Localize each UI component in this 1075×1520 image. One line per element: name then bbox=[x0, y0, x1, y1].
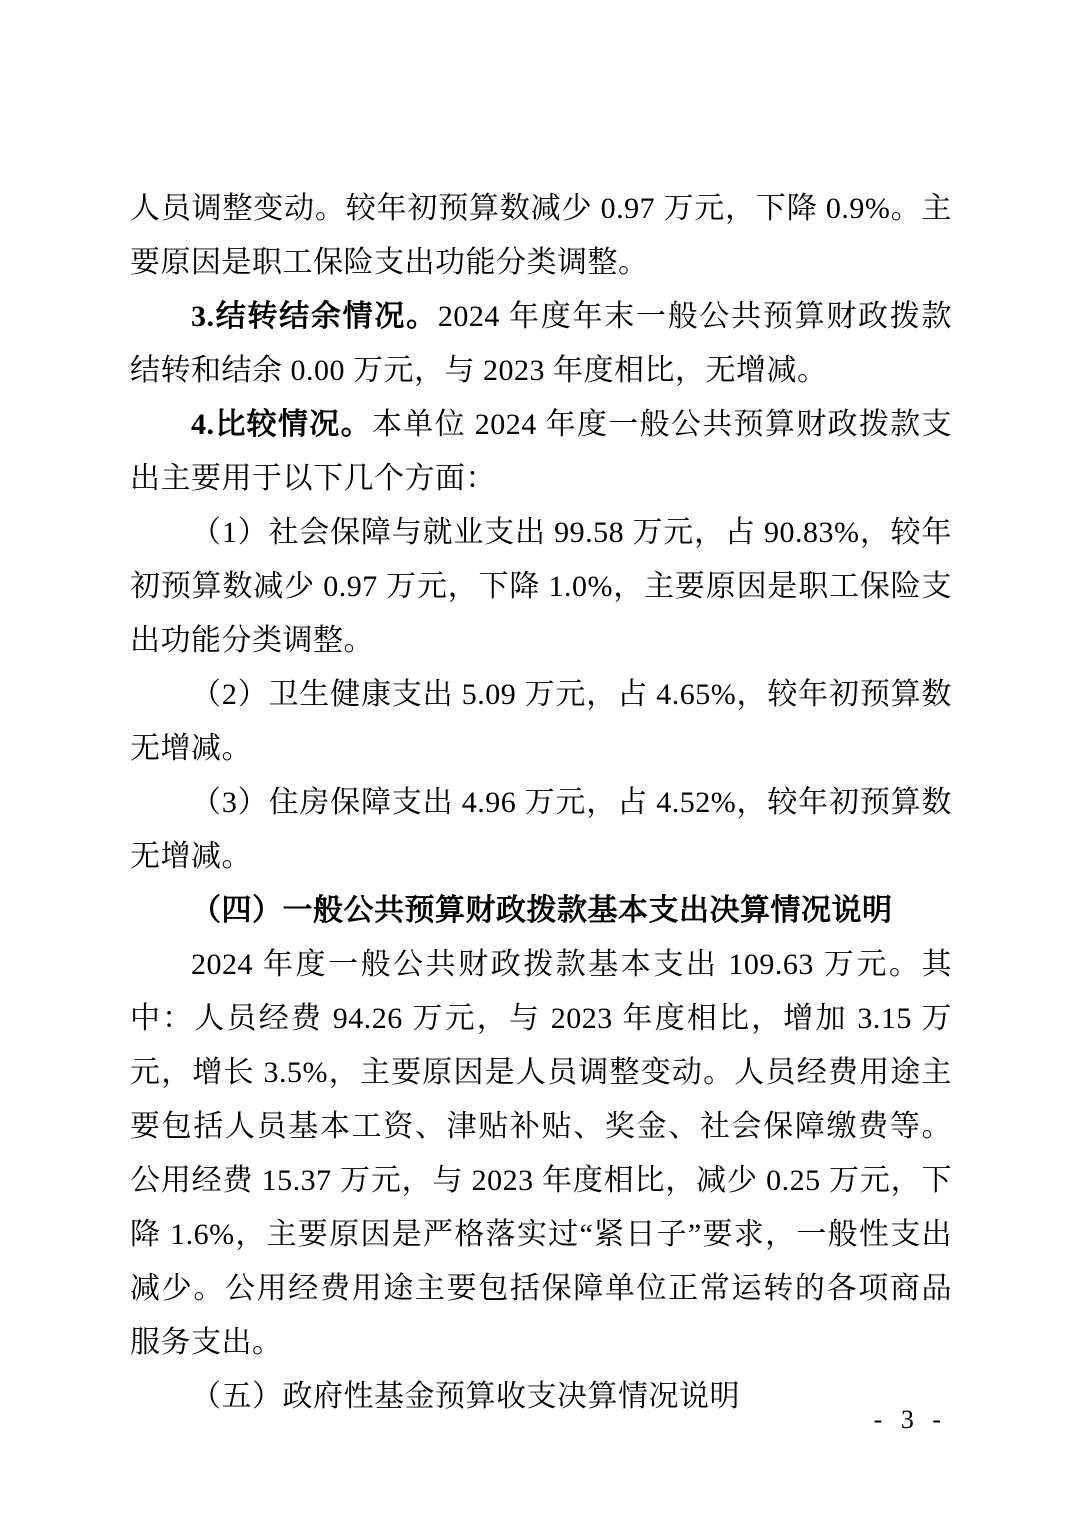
paragraph-run: 2024 年度一般公共财政拨款基本支出 109.63 万元。其中：人员经费 94… bbox=[130, 948, 952, 1359]
document-body: 人员调整变动。较年初预算数减少 0.97 万元，下降 0.9%。主要原因是职工保… bbox=[130, 182, 952, 1424]
paragraph-sub-3-housing: （3）住房保障支出 4.96 万元，占 4.52%，较年初预算数无增减。 bbox=[130, 776, 952, 884]
paragraph-run: 人员调整变动。较年初预算数减少 0.97 万元，下降 0.9%。主要原因是职工保… bbox=[130, 192, 952, 279]
paragraph-carryover-personnel-adjustment: 人员调整变动。较年初预算数减少 0.97 万元，下降 0.9%。主要原因是职工保… bbox=[130, 182, 952, 290]
paragraph-run-bold: （四）一般公共预算财政拨款基本支出决算情况说明 bbox=[191, 894, 893, 927]
paragraph-run: （2）卫生健康支出 5.09 万元，占 4.65%，较年初预算数无增减。 bbox=[130, 678, 952, 765]
paragraph-basic-expenditure-detail: 2024 年度一般公共财政拨款基本支出 109.63 万元。其中：人员经费 94… bbox=[130, 938, 952, 1370]
heading-section-4-basic-expenditure: （四）一般公共预算财政拨款基本支出决算情况说明 bbox=[130, 884, 952, 938]
paragraph-run: （3）住房保障支出 4.96 万元，占 4.52%，较年初预算数无增减。 bbox=[130, 786, 952, 873]
paragraph-run: （1）社会保障与就业支出 99.58 万元，占 90.83%，较年初预算数减少 … bbox=[130, 516, 952, 657]
page-number: - 3 - bbox=[874, 1404, 945, 1436]
paragraph-item-3-carryover-balance: 3.结转结余情况。2024 年度年末一般公共预算财政拨款结转和结余 0.00 万… bbox=[130, 290, 952, 398]
heading-section-5-government-fund: （五）政府性基金预算收支决算情况说明 bbox=[130, 1370, 952, 1424]
paragraph-run-bold: 3.结转结余情况。 bbox=[191, 300, 438, 333]
paragraph-item-4-comparison: 4.比较情况。本单位 2024 年度一般公共预算财政拨款支出主要用于以下几个方面… bbox=[130, 398, 952, 506]
paragraph-sub-2-health: （2）卫生健康支出 5.09 万元，占 4.65%，较年初预算数无增减。 bbox=[130, 668, 952, 776]
paragraph-run: （五）政府性基金预算收支决算情况说明 bbox=[191, 1380, 740, 1413]
paragraph-run-bold: 4.比较情况。 bbox=[191, 408, 372, 441]
document-page: 人员调整变动。较年初预算数减少 0.97 万元，下降 0.9%。主要原因是职工保… bbox=[0, 0, 1075, 1520]
paragraph-sub-1-social-security: （1）社会保障与就业支出 99.58 万元，占 90.83%，较年初预算数减少 … bbox=[130, 506, 952, 668]
